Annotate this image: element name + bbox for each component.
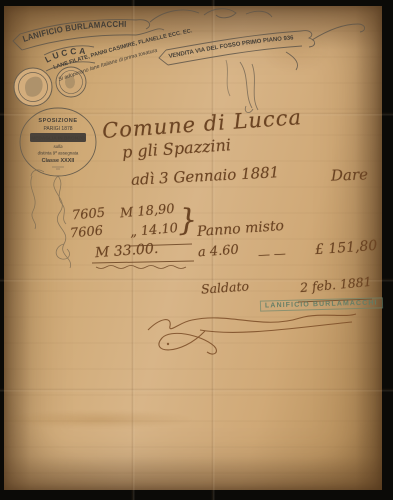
- award-sulla: sulla: [53, 144, 63, 149]
- item-ref: 7605: [71, 207, 105, 223]
- brace: }: [177, 206, 197, 237]
- unit-price: a 4.60: [198, 244, 240, 260]
- item-ref: 7606: [69, 225, 103, 241]
- total-quantity: M 33.00.: [95, 242, 159, 260]
- flourish-ornament: [31, 170, 71, 268]
- award-medal-label: MEDAGLIA IN BRONZO: [31, 136, 85, 142]
- award-place-year: PARIGI 1878: [43, 126, 72, 132]
- debit-column-label: Dare: [331, 167, 369, 183]
- paid-note: Saldato: [201, 280, 250, 296]
- signature: [148, 314, 356, 354]
- company-name: LANIFICIO BURLAMACCHI: [21, 19, 126, 44]
- item-qty: „ 14.10: [130, 222, 179, 239]
- award-oval: SPOSIZIONE PARIGI 1878 MEDAGLIA IN BRONZ…: [20, 108, 96, 176]
- award-distinction: distinta 9ª assegnata: [38, 151, 79, 156]
- document-photo: SPOSIZIONE PARIGI 1878 MEDAGLIA IN BRONZ…: [0, 0, 393, 500]
- amount-total: £ 151,80: [315, 239, 378, 257]
- award-exposition: SPOSIZIONE: [38, 118, 77, 124]
- award-class: Classe XXXII: [42, 158, 75, 164]
- dash-filler: — —: [258, 247, 286, 260]
